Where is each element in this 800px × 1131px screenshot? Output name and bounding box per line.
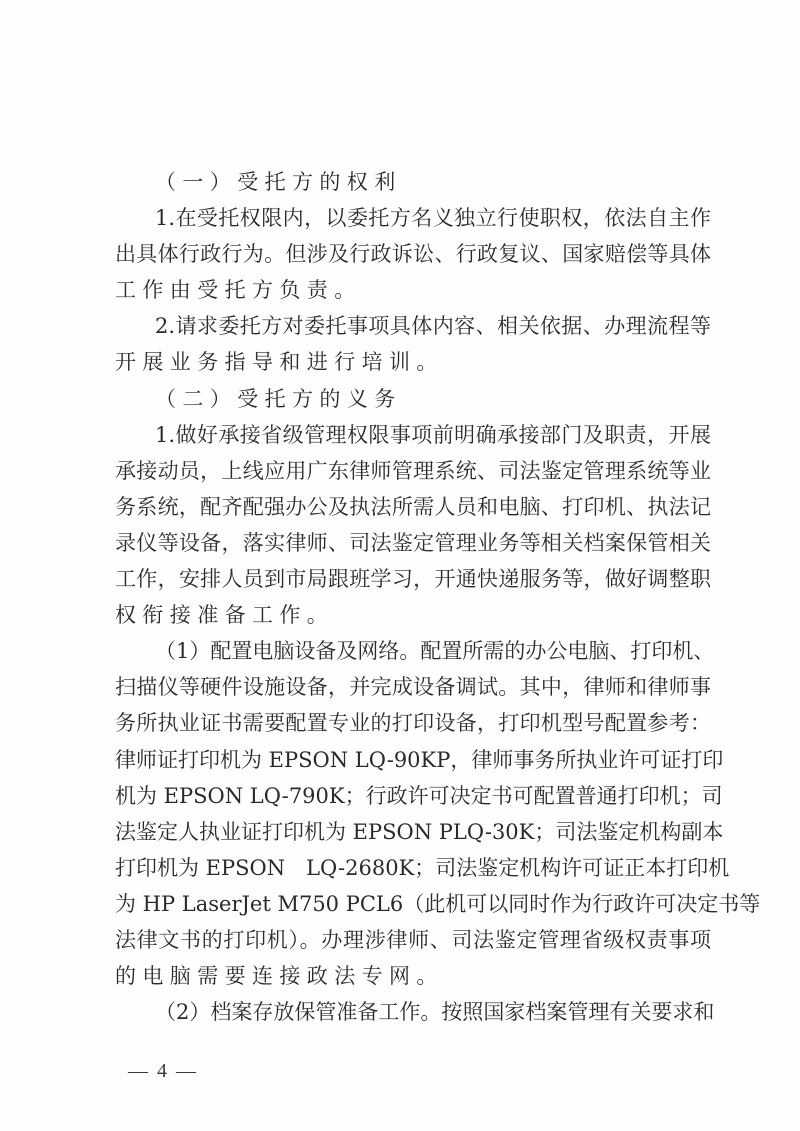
paragraph-text: 出具体行政行为。但涉及行政诉讼、行政复议、国家赔偿等具体 <box>115 236 711 272</box>
paragraph-text: 为 HP LaserJet M750 PCL6（此机可以同时作为行政许可决定书等 <box>115 886 711 922</box>
document-page: （一）受托方的权利 1.在受托权限内，以委托方名义独立行使职权，依法自主作 出具… <box>0 0 800 1131</box>
paragraph-line: 务所执业证书需要配置专业的打印设备，打印机型号配置参考： <box>115 705 711 741</box>
paragraph-text: 务所执业证书需要配置专业的打印设备，打印机型号配置参考： <box>115 705 711 741</box>
heading-text: （一）受托方的权利 <box>155 164 402 200</box>
paragraph-text: 1.在受托权限内，以委托方名义独立行使职权，依法自主作 <box>155 200 711 236</box>
paragraph-text: 打印机为 EPSON LQ-2680K；司法鉴定机构许可证正本打印机 <box>115 850 711 886</box>
paragraph-line: 的电脑需要连接政法专网。 <box>115 958 711 994</box>
paragraph-line: 开展业务指导和进行培训。 <box>115 344 711 380</box>
heading-text: （二）受托方的义务 <box>155 381 402 417</box>
paragraph-line: 为 HP LaserJet M750 PCL6（此机可以同时作为行政许可决定书等 <box>115 886 711 922</box>
paragraph-line: 工作，安排人员到市局跟班学习，开通快递服务等，做好调整职 <box>115 561 711 597</box>
paragraph-text: 的电脑需要连接政法专网。 <box>115 958 444 994</box>
paragraph-line: （1）配置电脑设备及网络。配置所需的办公电脑、打印机、 <box>115 633 711 669</box>
paragraph-line: （2）档案存放保管准备工作。按照国家档案管理有关要求和 <box>115 994 711 1030</box>
paragraph-text: 工作由受托方负责。 <box>115 272 362 308</box>
paragraph-line: 打印机为 EPSON LQ-2680K；司法鉴定机构许可证正本打印机 <box>115 850 711 886</box>
paragraph-line: 2.请求委托方对委托事项具体内容、相关依据、办理流程等 <box>115 308 711 344</box>
paragraph-text: （1）配置电脑设备及网络。配置所需的办公电脑、打印机、 <box>155 633 711 669</box>
paragraph-text: 机为 EPSON LQ-790K；行政许可决定书可配置普通打印机；司 <box>115 778 711 814</box>
paragraph-line: 法鉴定人执业证打印机为 EPSON PLQ-30K；司法鉴定机构副本 <box>115 814 711 850</box>
paragraph-text: 权衔接准备工作。 <box>115 597 334 633</box>
document-body: （一）受托方的权利 1.在受托权限内，以委托方名义独立行使职权，依法自主作 出具… <box>115 164 711 1030</box>
paragraph-text: 录仪等设备，落实律师、司法鉴定管理业务等相关档案保管相关 <box>115 525 711 561</box>
paragraph-line: 1.在受托权限内，以委托方名义独立行使职权，依法自主作 <box>115 200 711 236</box>
paragraph-text: 1.做好承接省级管理权限事项前明确承接部门及职责，开展 <box>155 417 711 453</box>
paragraph-text: 律师证打印机为 EPSON LQ-90KP，律师事务所执业许可证打印 <box>115 742 711 778</box>
section-heading-obligations: （二）受托方的义务 <box>115 381 711 417</box>
paragraph-line: 律师证打印机为 EPSON LQ-90KP，律师事务所执业许可证打印 <box>115 742 711 778</box>
paragraph-line: 机为 EPSON LQ-790K；行政许可决定书可配置普通打印机；司 <box>115 778 711 814</box>
paragraph-line: 出具体行政行为。但涉及行政诉讼、行政复议、国家赔偿等具体 <box>115 236 711 272</box>
paragraph-line: 承接动员，上线应用广东律师管理系统、司法鉴定管理系统等业 <box>115 453 711 489</box>
page-number: — 4 — <box>128 1060 198 1083</box>
section-heading-rights: （一）受托方的权利 <box>115 164 711 200</box>
paragraph-text: 承接动员，上线应用广东律师管理系统、司法鉴定管理系统等业 <box>115 453 711 489</box>
paragraph-text: 2.请求委托方对委托事项具体内容、相关依据、办理流程等 <box>155 308 711 344</box>
paragraph-text: 开展业务指导和进行培训。 <box>115 344 444 380</box>
paragraph-line: 录仪等设备，落实律师、司法鉴定管理业务等相关档案保管相关 <box>115 525 711 561</box>
paragraph-text: 扫描仪等硬件设施设备，并完成设备调试。其中，律师和律师事 <box>115 669 711 705</box>
paragraph-text: 法律文书的打印机）。办理涉律师、司法鉴定管理省级权责事项 <box>115 922 711 958</box>
paragraph-text: 工作，安排人员到市局跟班学习，开通快递服务等，做好调整职 <box>115 561 711 597</box>
paragraph-line: 扫描仪等硬件设施设备，并完成设备调试。其中，律师和律师事 <box>115 669 711 705</box>
paragraph-text: 法鉴定人执业证打印机为 EPSON PLQ-30K；司法鉴定机构副本 <box>115 814 711 850</box>
paragraph-line: 权衔接准备工作。 <box>115 597 711 633</box>
paragraph-text: （2）档案存放保管准备工作。按照国家档案管理有关要求和 <box>155 994 711 1030</box>
paragraph-line: 务系统，配齐配强办公及执法所需人员和电脑、打印机、执法记 <box>115 489 711 525</box>
paragraph-line: 1.做好承接省级管理权限事项前明确承接部门及职责，开展 <box>115 417 711 453</box>
paragraph-line: 法律文书的打印机）。办理涉律师、司法鉴定管理省级权责事项 <box>115 922 711 958</box>
paragraph-text: 务系统，配齐配强办公及执法所需人员和电脑、打印机、执法记 <box>115 489 711 525</box>
paragraph-line: 工作由受托方负责。 <box>115 272 711 308</box>
